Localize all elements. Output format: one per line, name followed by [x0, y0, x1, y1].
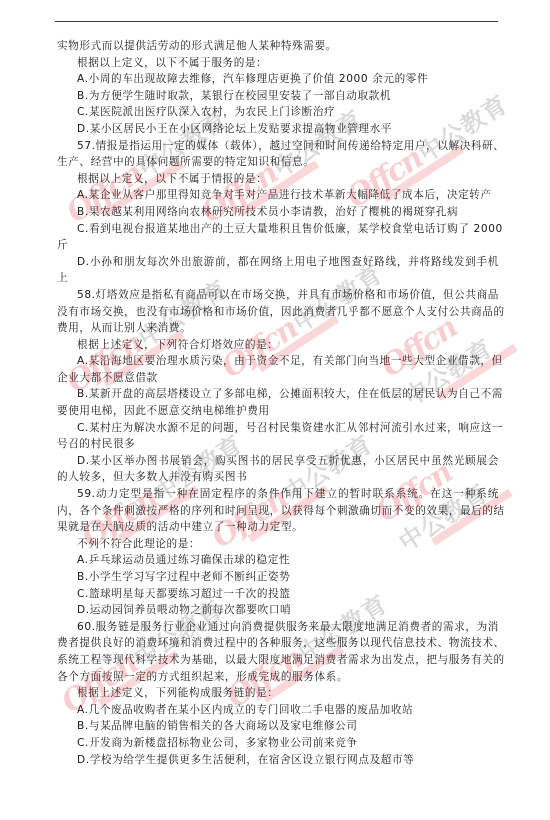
text-line: B.某新开盘的高层塔楼设立了多部电梯，公摊面积较大，住在低层的居民认为自己不需: [57, 386, 499, 403]
text-line: D.某小区居民小王在小区网络论坛上发贴要求提高物业管理水平: [57, 121, 499, 138]
text-line: 58.灯塔效应是指私有商品可以在市场交换，并具有市场价格和市场价值，但公共商品: [57, 287, 499, 304]
text-line: 号召的村民很多: [57, 436, 499, 453]
text-line: 费用，从而让别人来消费。: [57, 320, 499, 337]
text-line: B.为方便学生随时取款，某银行在校园里安装了一部自动取款机: [57, 88, 499, 105]
text-line: 57.情报是指运用一定的媒体（载体），越过空间和时间传递给特定用户，以解决科研、: [57, 138, 499, 155]
text-line: 实物形式而以提供活劳动的形式满足他人某种特殊需要。: [57, 38, 499, 55]
text-line: 费者提供良好的消费环境和消费过程中的各种服务，这些服务以现代信息技术、物流技术、: [57, 635, 499, 652]
text-line: C.某村庄为解决水源不足的问题，号召村民集资建水汇从邻村河流引水过来，响应这一: [57, 420, 499, 437]
text-line: C.开发商为新楼盘招标物业公司，多家物业公司前来竞争: [57, 735, 499, 752]
text-line: A.几个废品收购者在某小区内成立的专门回收二手电器的废品加收站: [57, 702, 499, 719]
text-line: 根据以上定义，以下不属于情报的是：: [57, 171, 499, 188]
text-line: 斤: [57, 237, 499, 254]
text-line: 上: [57, 270, 499, 287]
text-line: 的人较多，但大多数人并没有购买图书: [57, 469, 499, 486]
text-line: B.与某品牌电脑的销售相关的各大商场以及家电维修公司: [57, 718, 499, 735]
document-body: 实物形式而以提供活劳动的形式满足他人某种特殊需要。根据以上定义，以下不属于服务的…: [57, 38, 499, 768]
text-line: 内，各个条件刺激按严格的序列和时间呈现，以获得每个刺激确切而不变的效果，最后的结: [57, 503, 499, 520]
text-line: C.某医院派出医疗队深入农村，为农民上门诊断治疗: [57, 104, 499, 121]
text-line: A.小周的车出现故障去维修，汽车修理店更换了价值 2000 余元的零件: [57, 71, 499, 88]
text-line: B.小学生学习写字过程中老师不断纠正姿势: [57, 569, 499, 586]
text-line: 60.服务链是服务行业企业通过向消费提供服务来最大限度地满足消费者的需求，为消: [57, 619, 499, 636]
text-line: 各个方面按照一定的方式组织起来，形成完成的服务体系。: [57, 669, 499, 686]
text-line: 59.动力定型是指一种在固定程序的条件作用下建立的暂时联系系统。在这一种系统: [57, 486, 499, 503]
text-line: A.乒乓球运动员通过练习确保击球的稳定性: [57, 552, 499, 569]
text-line: C.看到电视台报道某地出产的土豆大量堆积且售价低廉，某学校食堂电话订购了 200…: [57, 221, 499, 238]
text-line: 根据上述定义，下列能构成服务链的是：: [57, 685, 499, 702]
text-line: A.某沿海地区要治理水质污染，由于资金不足，有关部门向当地一些大型企业借款，但: [57, 353, 499, 370]
text-line: 没有市场交换，也没有市场价格和市场价值，因此消费者几乎都不愿意个人支付公共商品的: [57, 304, 499, 321]
text-line: 果就是在大脑皮质的活动中建立了一种动力定型。: [57, 519, 499, 536]
text-line: 根据以上定义，以下不属于服务的是：: [57, 55, 499, 72]
text-line: 系统工程等现代科学技术为基础，以最大限度地满足消费者需求为出发点，把与服务有关的: [57, 652, 499, 669]
header-rule: [55, 21, 498, 22]
text-line: 根据上述定义，下列符合灯塔效应的是：: [57, 337, 499, 354]
text-line: 不列不符合此理论的是：: [57, 536, 499, 553]
text-line: D.运动园饲养员喂动物之前每次都要吹口哨: [57, 602, 499, 619]
text-line: D.某小区举办图书展销会，购买图书的居民享受五折优惠，小区居民中虽然光顾展会: [57, 453, 499, 470]
text-line: D.学校为给学生提供更多生活便利，在宿舍区设立银行网点及超市等: [57, 752, 499, 769]
text-line: 生产、经营中的具体问题所需要的特定知识和信息。: [57, 154, 499, 171]
text-line: D.小孙和朋友每次外出旅游前，都在网络上用电子地图查好路线，并将路线发到手机: [57, 254, 499, 271]
text-line: C.篮球明星每天都要练习超过一千次的投篮: [57, 586, 499, 603]
text-line: 企业大都不愿意借款: [57, 370, 499, 387]
text-line: A.某企业从客户那里得知竞争对手对产品进行技术革新大幅降低了成本后，决定转产: [57, 187, 499, 204]
text-line: 要使用电梯，因此不愿意交纳电梯维护费用: [57, 403, 499, 420]
text-line: B.果农越某利用网络向农林研究所技术员小李请教，治好了樱桃的褐斑穿孔病: [57, 204, 499, 221]
